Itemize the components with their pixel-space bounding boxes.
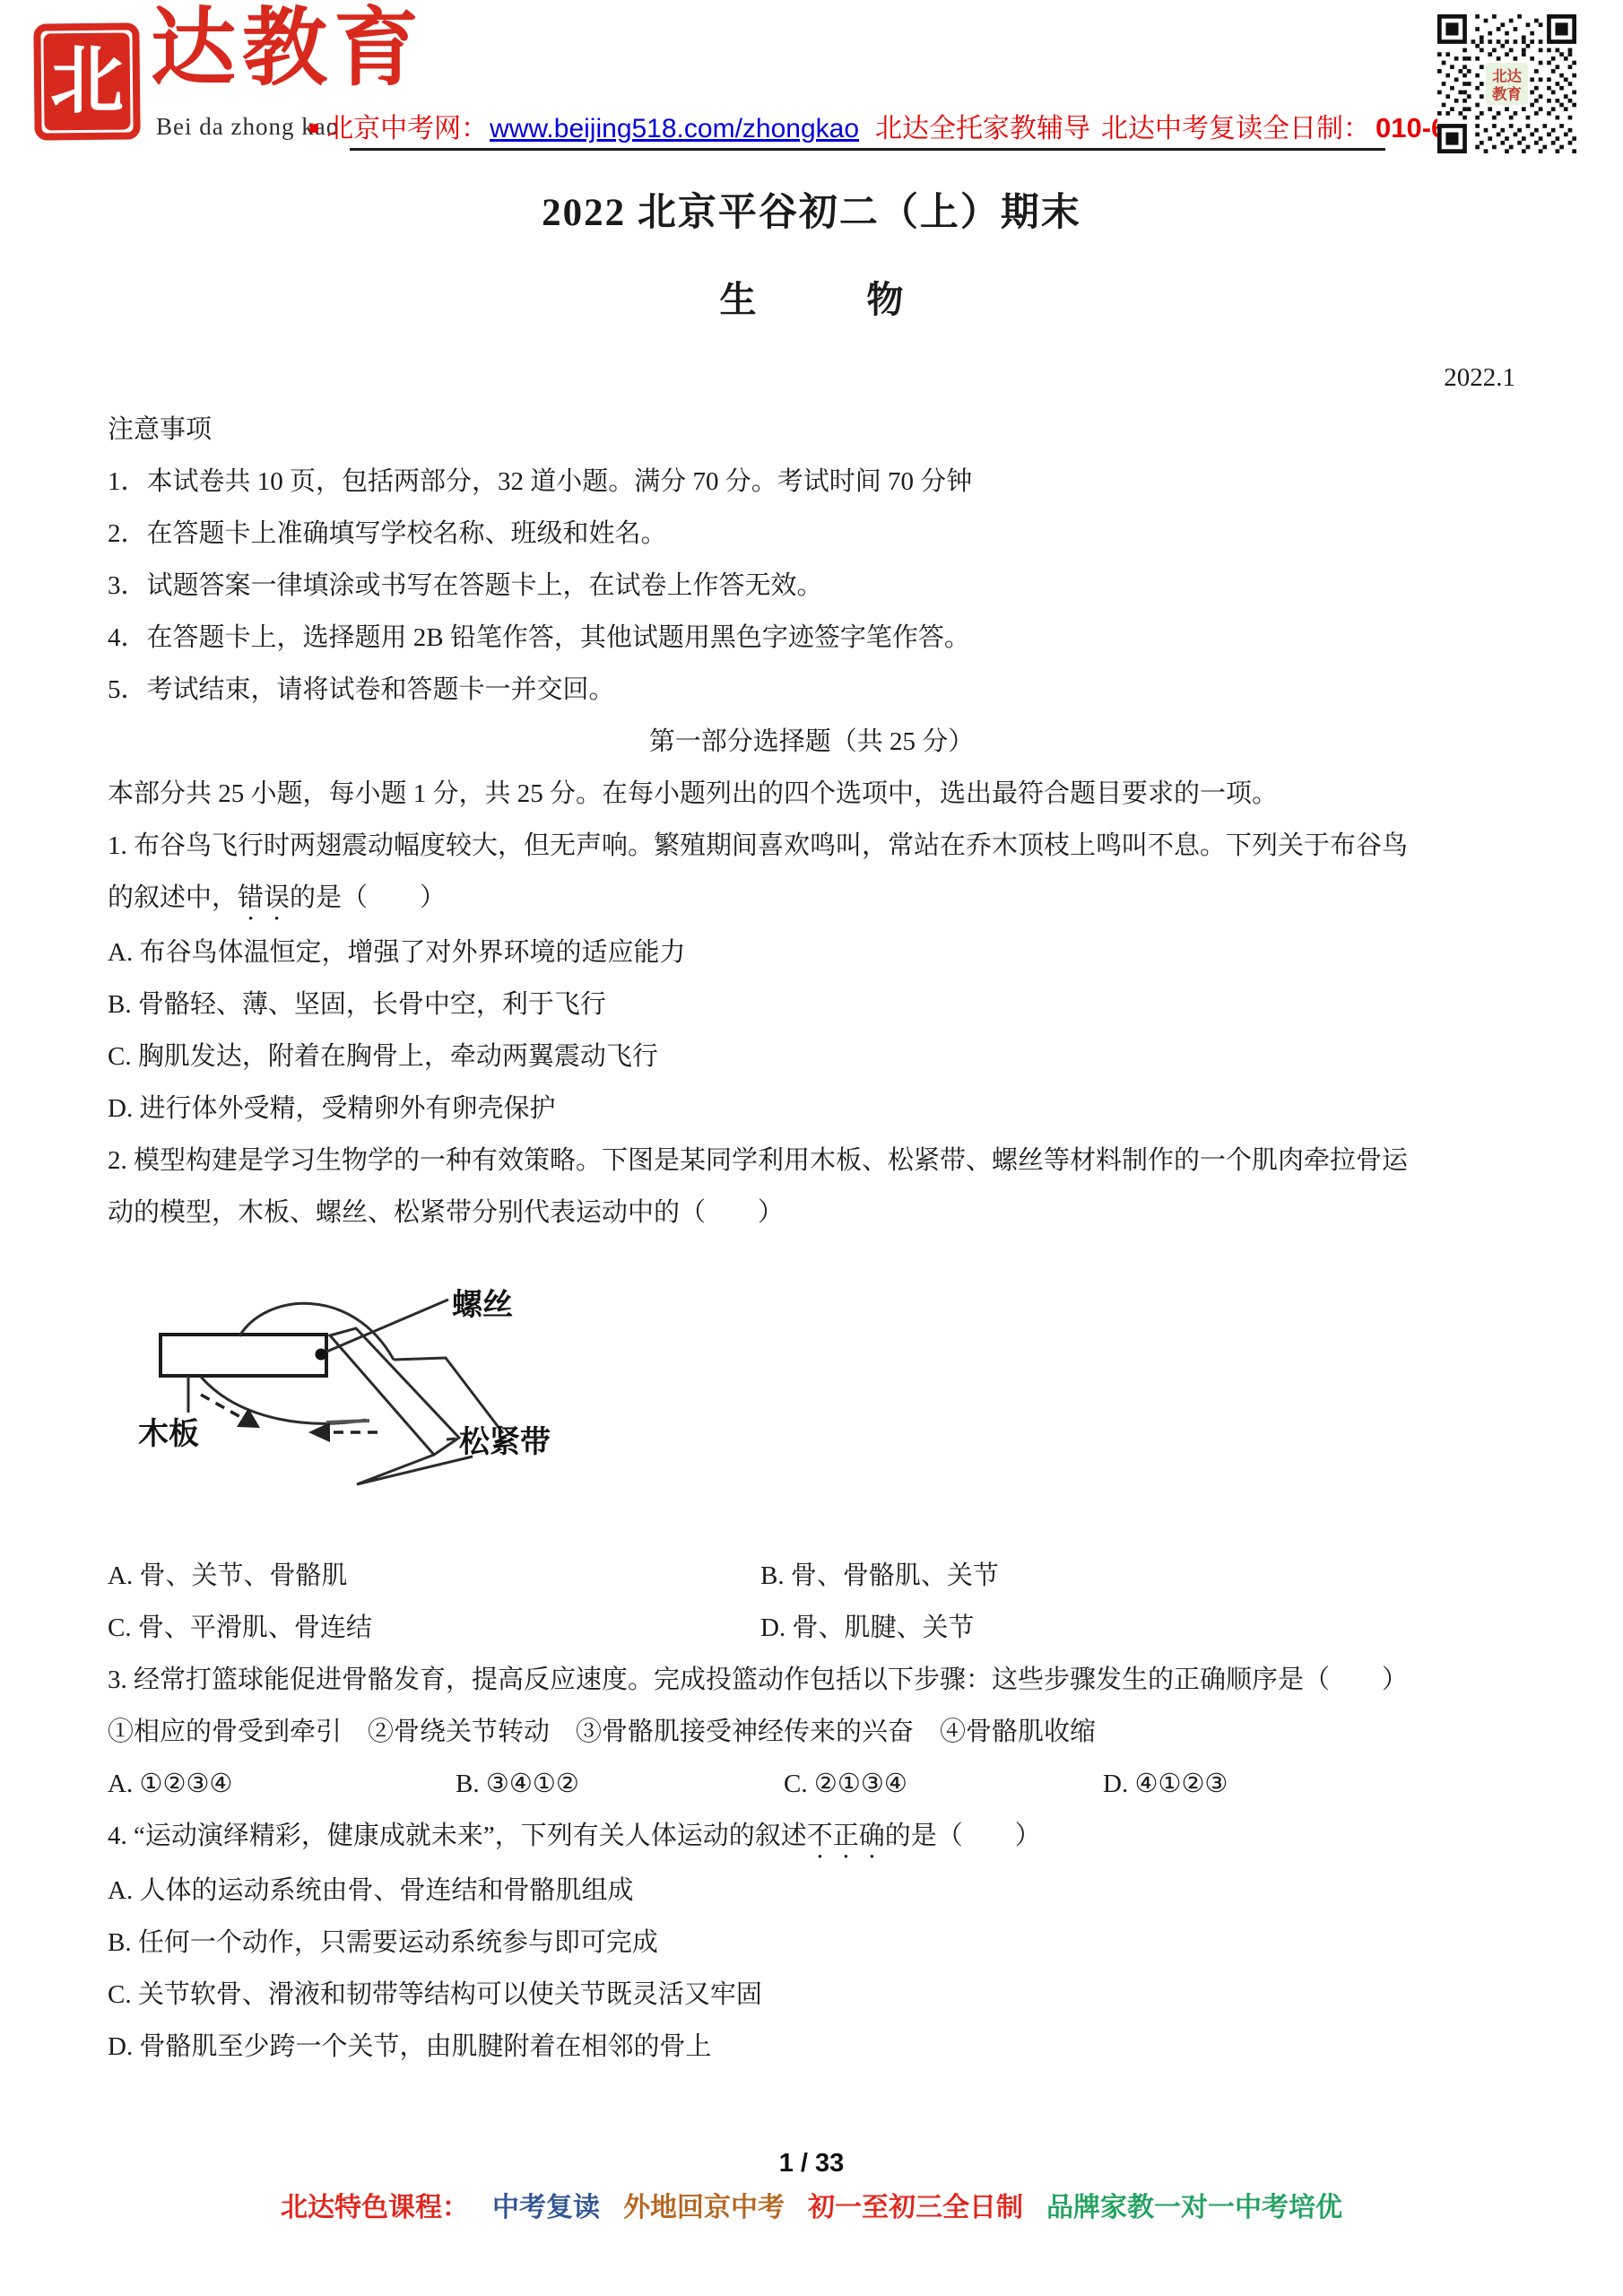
board-horizontal-shape: [161, 1335, 326, 1376]
muscle-model-diagram: 螺丝 木板 松紧带: [126, 1281, 628, 1514]
question-4-option-a: A. 人体的运动系统由骨、骨连结和骨骼肌组成: [108, 1865, 1515, 1917]
notice-item: 5．考试结束，请将试卷和答题卡一并交回。: [108, 664, 1515, 716]
beida-seal-logo: 北: [33, 22, 140, 140]
muscle-model-figure: 螺丝 木板 松紧带: [126, 1281, 628, 1514]
brand-header: 北 达教育 Bei da zhong kao ■北京中考网：www.beijin…: [0, 0, 1623, 161]
notice-item: 2．在答题卡上准确填写学校名称、班级和姓名。: [108, 508, 1515, 560]
question-2-options-row2: C. 骨、平滑肌、骨连结D. 骨、肌腱、关节: [108, 1602, 1515, 1654]
question-1-stem-line1: 1. 布谷鸟飞行时两翅震动幅度较大，但无声响。繁殖期间喜欢鸣叫，常站在乔木顶枝上…: [108, 820, 1515, 872]
board-diagonal-shape: [330, 1328, 459, 1455]
question-3-option-b: B. ③④①②: [456, 1758, 784, 1810]
brand-calligraphy: 达教育: [151, 2, 425, 96]
exam-date: 2022.1: [108, 352, 1515, 404]
qr-code: 北达 教育: [1437, 14, 1576, 153]
band-leader-dash: [447, 1439, 456, 1439]
screw-leader-line: [325, 1300, 448, 1352]
question-2-stem-line1: 2. 模型构建是学习生物学的一种有效策略。下图是某同学利用木板、松紧带、螺丝等材…: [108, 1135, 1515, 1187]
elastic-band-bottom-curve: [201, 1377, 366, 1423]
exam-body: 2022.1 注意事项 1．本试卷共 10 页，包括两部分，32 道小题。满分 …: [108, 352, 1515, 2073]
qr-center-text-top: 北达: [1492, 69, 1522, 85]
footer-course-item: 初一至初三全日制: [808, 2193, 1023, 2222]
question-4-option-d: D. 骨骼肌至少跨一个关节，由肌腱附着在相邻的骨上: [108, 2021, 1515, 2073]
question-3-option-d: D. ④①②③: [1103, 1758, 1228, 1810]
question-2-stem: 2. 模型构建是学习生物学的一种有效策略。下图是某同学利用木板、松紧带、螺丝等材…: [108, 1135, 1515, 1239]
question-1-option-b: B. 骨骼轻、薄、坚固，长骨中空，利于飞行: [108, 978, 1515, 1031]
tagline-tutoring: 北达全托家教辅导: [875, 114, 1090, 143]
question-3-stem: 3. 经常打篮球能促进骨骼发育，提高反应速度。完成投篮动作包括以下步骤：这些步骤…: [108, 1654, 1515, 1706]
question-2-option-b: B. 骨、骨骼肌、关节: [760, 1561, 999, 1590]
question-3-steps: ①相应的骨受到牵引 ②骨绕关节转动 ③骨骼肌接受神经传来的兴奋 ④骨骼肌收缩: [108, 1706, 1515, 1758]
seal-background: 北: [43, 33, 130, 131]
seal-character: 北: [50, 45, 124, 118]
elastic-band-lower-loop: [357, 1455, 473, 1484]
question-2-option-d: D. 骨、肌腱、关节: [760, 1613, 974, 1642]
red-square-bullet-icon: ■: [308, 118, 319, 138]
notice-item: 3．试题答案一律填涂或书写在答题卡上，在试卷上作答无效。: [108, 560, 1515, 612]
subject-title: 生 物: [0, 270, 1623, 323]
question-1-stem-line2: 的叙述中，错误的是（ ）: [108, 872, 1515, 926]
part1-intro: 本部分共 25 小题，每小题 1 分，共 25 分。在每小题列出的四个选项中，选…: [108, 768, 1515, 820]
part1-heading: 第一部分选择题（共 25 分）: [108, 716, 1515, 768]
header-divider: [350, 148, 1385, 151]
question-2-option-a: A. 骨、关节、骨骼肌: [108, 1550, 760, 1602]
question-2-options-row1: A. 骨、关节、骨骼肌B. 骨、骨骼肌、关节: [108, 1550, 1515, 1602]
wood-board-label: 木板: [138, 1417, 199, 1451]
elastic-band-shadow-line: [326, 1421, 369, 1422]
emphasized-word: 错误: [238, 883, 290, 912]
site-label: 北京中考网：: [326, 114, 488, 143]
footer-course-item: 中考复读: [492, 2193, 600, 2222]
screw-label: 螺丝: [452, 1288, 513, 1322]
page-number: 1 / 33: [0, 2149, 1623, 2179]
question-3-option-c: C. ②①③④: [784, 1758, 1103, 1810]
question-4-stem: 4. “运动演绎精彩，健康成就未来”，下列有关人体运动的叙述不正确的是（ ）: [108, 1810, 1515, 1865]
question-1-option-d: D. 进行体外受精，受精卵外有卵壳保护: [108, 1083, 1515, 1135]
elastic-band-label: 松紧带: [459, 1425, 551, 1459]
motion-arrowhead-1: [237, 1408, 260, 1428]
footer-course-label: 北达特色课程：: [281, 2193, 469, 2222]
tagline-fulltime: 北达中考复读全日制：: [1101, 114, 1370, 143]
notice-item: 1．本试卷共 10 页，包括两部分，32 道小题。满分 70 分。考试时间 70…: [108, 456, 1515, 508]
question-2-stem-line2: 动的模型，木板、螺丝、松紧带分别代表运动中的（ ）: [108, 1187, 1515, 1239]
motion-arrowhead-2: [308, 1422, 330, 1442]
footer-courses-line: 北达特色课程：中考复读外地回京中考初一至初三全日制品牌家教一对一中考培优: [0, 2185, 1623, 2224]
footer-course-item: 品牌家教一对一中考培优: [1046, 2193, 1342, 2222]
notice-heading: 注意事项: [108, 404, 1515, 456]
question-1-stem: 1. 布谷鸟飞行时两翅震动幅度较大，但无声响。繁殖期间喜欢鸣叫，常站在乔木顶枝上…: [108, 820, 1515, 926]
exam-paper-page: 北 达教育 Bei da zhong kao ■北京中考网：www.beijin…: [0, 0, 1623, 2296]
question-3-option-a: A. ①②③④: [108, 1758, 456, 1810]
screw-dot: [316, 1349, 327, 1361]
question-4-option-b: B. 任何一个动作，只需要运动系统参与即可完成: [108, 1917, 1515, 1969]
question-4-option-c: C. 关节软骨、滑液和韧带等结构可以使关节既灵活又牢固: [108, 1969, 1515, 2021]
emphasized-word: 不正确: [807, 1822, 885, 1850]
question-1-option-c: C. 胸肌发达，附着在胸骨上，牵动两翼震动飞行: [108, 1031, 1515, 1083]
footer-course-item: 外地回京中考: [623, 2193, 785, 2222]
page-footer: 1 / 33 北达特色课程：中考复读外地回京中考初一至初三全日制品牌家教一对一中…: [0, 2149, 1623, 2224]
question-1-option-a: A. 布谷鸟体温恒定，增强了对外界环境的适应能力: [108, 926, 1515, 978]
website-link[interactable]: www.beijing518.com/zhongkao: [490, 114, 859, 143]
notice-item: 4．在答题卡上，选择题用 2B 铅笔作答，其他试题用黑色字迹签字笔作答。: [108, 612, 1515, 664]
question-2-option-c: C. 骨、平滑肌、骨连结: [108, 1602, 760, 1654]
exam-title: 2022 北京平谷初二（上）期末: [0, 182, 1623, 237]
motion-arrow-dashed-1: [201, 1395, 242, 1418]
header-info-line: ■北京中考网：www.beijing518.com/zhongkao北达全托家教…: [308, 106, 1555, 145]
qr-center-text-bottom: 教育: [1492, 85, 1522, 102]
question-3-options-row: A. ①②③④B. ③④①②C. ②①③④D. ④①②③: [108, 1758, 1515, 1810]
